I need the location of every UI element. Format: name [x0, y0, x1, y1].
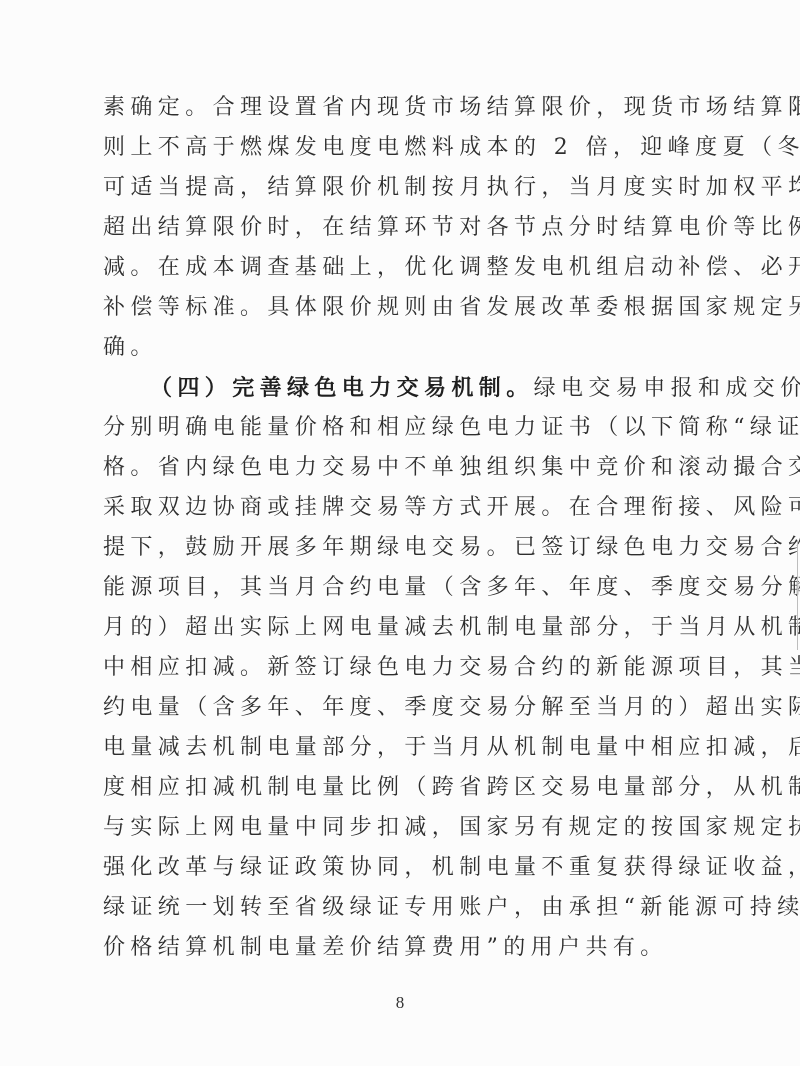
text-line: 可适当提高，结算限价机制按月执行，当月度实时加权平均电价: [103, 168, 703, 208]
text-line: 度相应扣减机制电量比例（跨省跨区交易电量部分，从机制电量: [103, 768, 703, 808]
text-line: 则上不高于燃煤发电度电燃料成本的 2 倍，迎峰度夏（冬）期间: [103, 128, 703, 168]
document-page: 素确定。合理设置省内现货市场结算限价，现货市场结算限价原 则上不高于燃煤发电度电…: [0, 0, 800, 1066]
paragraph-green-power-trading: （四）完善绿色电力交易机制。绿电交易申报和成交价格应 分别明确电能量价格和相应绿…: [103, 368, 703, 968]
text-line: 与实际上网电量中同步扣减，国家另有规定的按国家规定执行）。: [103, 808, 703, 848]
text-segment: 绿电交易申报和成交价格应: [534, 376, 800, 401]
paragraph-first-line: （四）完善绿色电力交易机制。绿电交易申报和成交价格应: [103, 368, 703, 408]
text-line: 采取双边协商或挂牌交易等方式开展。在合理衔接、风险可控前: [103, 488, 703, 528]
scan-edge-line: [797, 540, 798, 650]
text-line: 分别明确电能量价格和相应绿色电力证书（以下简称“绿证”）价: [103, 408, 703, 448]
text-line: 素确定。合理设置省内现货市场结算限价，现货市场结算限价原: [103, 88, 703, 128]
text-line: 月的）超出实际上网电量减去机制电量部分，于当月从机制电量: [103, 608, 703, 648]
text-line: 中相应扣减。新签订绿色电力交易合约的新能源项目，其当月合: [103, 648, 703, 688]
text-line: 绿证统一划转至省级绿证专用账户，由承担“新能源可持续发展: [103, 888, 703, 928]
text-line: 价格结算机制电量差价结算费用”的用户共有。: [103, 928, 703, 968]
text-line: 能源项目，其当月合约电量（含多年、年度、季度交易分解至当: [103, 568, 703, 608]
text-line: 补偿等标准。具体限价规则由省发展改革委根据国家规定另行明: [103, 288, 703, 328]
text-line: 约电量（含多年、年度、季度交易分解至当月的）超出实际上网: [103, 688, 703, 728]
section-heading: （四）完善绿色电力交易机制。: [150, 375, 534, 401]
text-line: 超出结算限价时，在结算环节对各节点分时结算电价等比例调: [103, 208, 703, 248]
document-body: 素确定。合理设置省内现货市场结算限价，现货市场结算限价原 则上不高于燃煤发电度电…: [103, 88, 703, 968]
page-number: 8: [0, 993, 800, 1013]
text-line: 电量减去机制电量部分，于当月从机制电量中相应扣减，后续年: [103, 728, 703, 768]
text-line: 强化改革与绿证政策协同，机制电量不重复获得绿证收益，对应: [103, 848, 703, 888]
text-line: 确。: [103, 328, 703, 368]
paragraph-settlement-price-limit: 素确定。合理设置省内现货市场结算限价，现货市场结算限价原 则上不高于燃煤发电度电…: [103, 88, 703, 368]
text-line: 提下，鼓励开展多年期绿电交易。已签订绿色电力交易合约的新: [103, 528, 703, 568]
text-line: 减。在成本调查基础上，优化调整发电机组启动补偿、必开机组: [103, 248, 703, 288]
text-line: 格。省内绿色电力交易中不单独组织集中竞价和滚动撮合交易，: [103, 448, 703, 488]
